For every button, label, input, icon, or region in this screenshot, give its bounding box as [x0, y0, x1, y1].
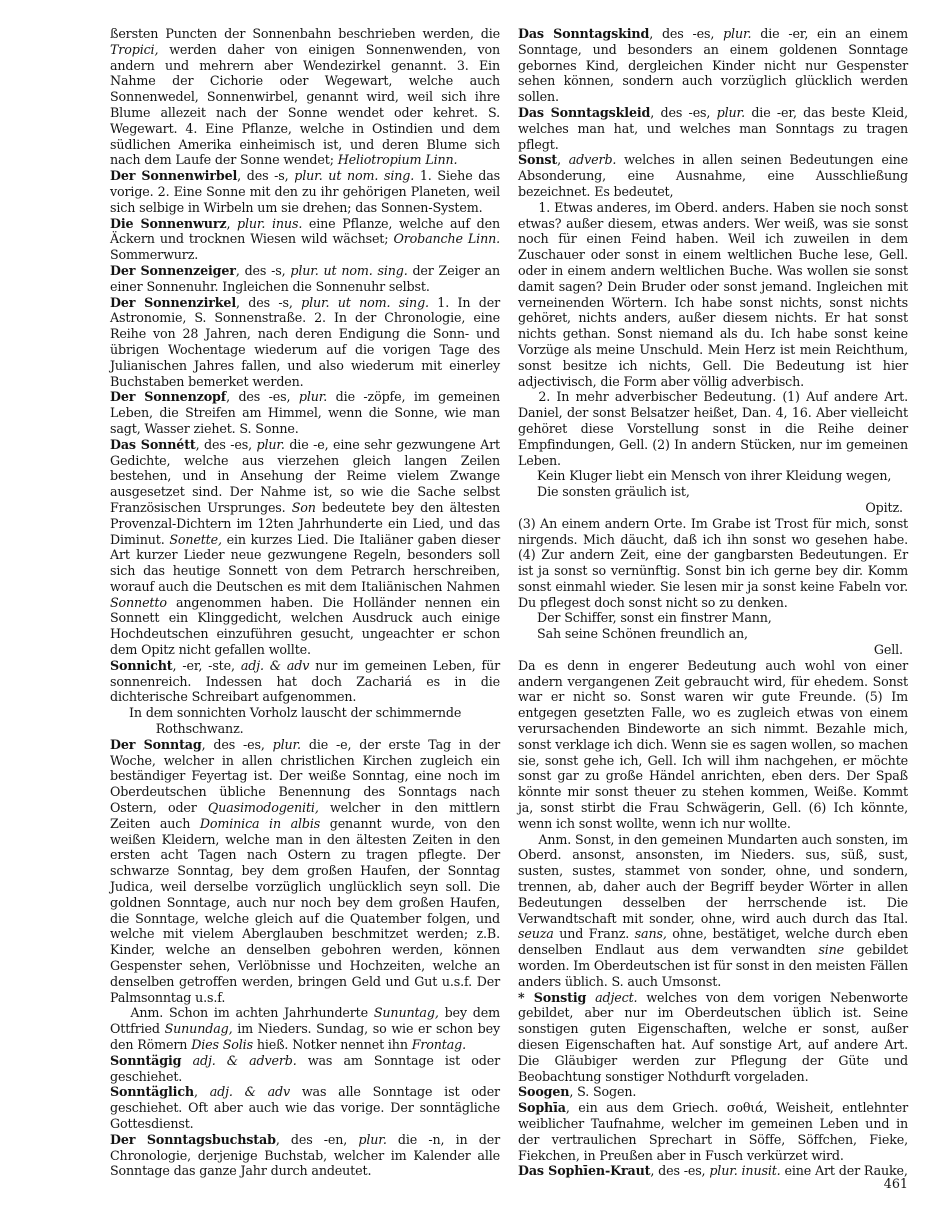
sonst-sense-2: 2. In mehr adverbischer Bedeutung. (1) A…	[518, 389, 908, 468]
text-run: Anm. Schon im achten Jahrhunderte	[130, 1005, 374, 1020]
text-run: adj. & adv	[241, 658, 310, 673]
text-run: , ein aus dem Griech. σοθιά, Weisheit, e…	[518, 1100, 908, 1162]
text-run: plur.	[723, 26, 751, 41]
headword: Soogen	[518, 1084, 569, 1099]
text-run: , S. Sogen.	[569, 1084, 636, 1099]
text-run: Dies Solis	[191, 1037, 253, 1052]
text-run: sine	[818, 942, 844, 957]
headword: Der Sonnenzopf	[110, 389, 226, 404]
entry-sonntaeglich: Sonntäglich, adj. & adv was alle Sonntag…	[110, 1084, 500, 1131]
text-run: In dem sonnichten Vorholz lauscht der sc…	[129, 705, 461, 720]
verse-line: Die sonsten gräulich ist,	[537, 484, 908, 500]
verse-line: Der Schiffer, sonst ein finstrer Mann,	[537, 610, 908, 626]
text-run: ,	[226, 216, 237, 231]
text-run: Sonnetto	[110, 595, 167, 610]
headword: * Sonstig	[518, 990, 586, 1005]
verse-line: In dem sonnichten Vorholz lauscht der sc…	[129, 705, 500, 721]
text-run	[181, 1053, 192, 1068]
text-run: ,	[557, 152, 569, 167]
headword: Der Sonnenzeiger	[110, 263, 236, 278]
text-run: ßersten Puncten der Sonnenbahn beschrieb…	[110, 26, 500, 41]
text-run: Kein Kluger liebt ein Mensch von ihrer K…	[537, 468, 891, 483]
headword: Sonnicht	[110, 658, 173, 673]
text-run: Sonette,	[169, 532, 222, 547]
entry-sonntagskind: Das Sonntagskind, des -es, plur. die -er…	[518, 26, 908, 105]
text-run: Sununtag,	[374, 1005, 439, 1020]
text-run: , des -es,	[226, 389, 299, 404]
column-left: ßersten Puncten der Sonnenbahn beschrieb…	[110, 26, 500, 1179]
text-run: 2. In mehr adverbischer Bedeutung. (1) A…	[518, 389, 908, 467]
anmerkung-sonntag: Anm. Schon im achten Jahrhunderte Sununt…	[110, 1005, 500, 1052]
text-run: adject.	[595, 990, 637, 1005]
headword: Das Sonntagskind	[518, 26, 649, 41]
headword: Der Sonntag	[110, 737, 202, 752]
entry-sonst: Sonst, adverb. welches in allen seinen B…	[518, 152, 908, 199]
headword: Das Sonnétt	[110, 437, 196, 452]
headword: Die Sonnenwurz	[110, 216, 226, 231]
text-run: , des -es,	[649, 26, 723, 41]
entry-soogen: Soogen, S. Sogen.	[518, 1084, 908, 1100]
entry-sonntagskleid: Das Sonntagskleid, des -es, plur. die -e…	[518, 105, 908, 152]
text-run: Orobanche Linn.	[393, 231, 500, 246]
text-run: sans,	[635, 926, 667, 941]
text-run: plur. ut nom. sing.	[294, 168, 414, 183]
text-run: , des -s,	[236, 295, 301, 310]
verse-line: Sah seine Schönen freundlich an,	[537, 626, 908, 642]
text-run: plur.	[717, 105, 745, 120]
text-run: Quasimodogeniti,	[208, 800, 319, 815]
attribution-gell: Gell.	[518, 642, 908, 658]
text-run: Sunundag,	[165, 1021, 233, 1036]
text-run: Anm. Sonst, in den gemeinen Mundarten au…	[518, 832, 908, 926]
text-run: (3) An einem andern Orte. Im Grabe ist T…	[518, 516, 908, 610]
text-columns: ßersten Puncten der Sonnenbahn beschrieb…	[110, 26, 908, 1179]
continuation-sonnenwende: ßersten Puncten der Sonnenbahn beschrieb…	[110, 26, 500, 168]
text-run: seuza	[518, 926, 554, 941]
text-run: adverb.	[569, 152, 617, 167]
text-run: Son	[292, 500, 316, 515]
text-run: plur.	[273, 737, 301, 752]
text-run: plur.	[257, 437, 285, 452]
text-run: Rothschwanz.	[156, 721, 244, 736]
entry-sonnicht: Sonnicht, -er, -ste, adj. & adv nur im g…	[110, 658, 500, 705]
text-run: Heliotropium Linn.	[338, 152, 458, 167]
headword: Sonntägig	[110, 1053, 181, 1068]
entry-sonnenwirbel: Der Sonnenwirbel, des -s, plur. ut nom. …	[110, 168, 500, 215]
entry-sonnett: Das Sonnétt, des -es, plur. die -e, eine…	[110, 437, 500, 658]
text-run: Der Schiffer, sonst ein finstrer Mann,	[537, 610, 772, 625]
text-run	[586, 990, 595, 1005]
text-run: adj. & adverb.	[193, 1053, 297, 1068]
text-run: Da es denn in engerer Bedeutung auch woh…	[518, 658, 908, 831]
headword: Sonntäglich	[110, 1084, 194, 1099]
headword: Sonst	[518, 152, 557, 167]
entry-sonntaegig: Sonntägig adj. & adverb. was am Sonntage…	[110, 1053, 500, 1085]
text-run: ,	[194, 1084, 210, 1099]
sonst-sense-1: 1. Etwas anderes, im Oberd. anders. Habe…	[518, 200, 908, 390]
text-run: Die sonsten gräulich ist,	[537, 484, 690, 499]
anmerkung-sonst: Anm. Sonst, in den gemeinen Mundarten au…	[518, 832, 908, 990]
text-run: Frontag.	[412, 1037, 466, 1052]
sonst-sense-3-4: (3) An einem andern Orte. Im Grabe ist T…	[518, 516, 908, 611]
text-run: Opitz.	[865, 500, 903, 515]
verse-line: Kein Kluger liebt ein Mensch von ihrer K…	[537, 468, 908, 484]
column-right: Das Sonntagskind, des -es, plur. die -er…	[518, 26, 908, 1179]
entry-sonstig: * Sonstig adject. welches von dem vorige…	[518, 990, 908, 1085]
page-number: 461	[110, 1176, 908, 1192]
text-run: , des -en,	[276, 1132, 359, 1147]
entry-sonnenwurz: Die Sonnenwurz, plur. inus. eine Pflanze…	[110, 216, 500, 263]
text-run: , des -es,	[202, 737, 273, 752]
text-run: plur.	[358, 1132, 386, 1147]
text-run: und Franz.	[554, 926, 635, 941]
headword: Der Sonnenzirkel	[110, 295, 236, 310]
headword: Das Sonntagskleid	[518, 105, 650, 120]
text-run: plur. inus.	[237, 216, 302, 231]
text-run: , des -es,	[650, 105, 716, 120]
text-run: Sah seine Schönen freundlich an,	[537, 626, 748, 641]
text-run: plur. ut nom. sing.	[290, 263, 407, 278]
headword: Der Sonntagsbuchstab	[110, 1132, 276, 1147]
text-run: , des -s,	[236, 263, 291, 278]
text-run: , -er, -ste,	[173, 658, 241, 673]
dictionary-page: ßersten Puncten der Sonnenbahn beschrieb…	[0, 0, 935, 1210]
text-run: 1. Etwas anderes, im Oberd. anders. Habe…	[518, 200, 908, 389]
text-run: Tropici,	[110, 42, 158, 57]
text-run: Dominica in albis	[200, 816, 320, 831]
entry-sonntag: Der Sonntag, des -es, plur. die -e, der …	[110, 737, 500, 1006]
attribution-opitz: Opitz.	[518, 500, 908, 516]
entry-sonnenzirkel: Der Sonnenzirkel, des -s, plur. ut nom. …	[110, 295, 500, 390]
text-run: hieß. Notker nennet ihn	[253, 1037, 412, 1052]
entry-sonnenzeiger: Der Sonnenzeiger, des -s, plur. ut nom. …	[110, 263, 500, 295]
text-run: , des -es,	[196, 437, 257, 452]
text-run: werden daher von einigen Sonnenwenden, v…	[110, 42, 500, 168]
text-run: genannt wurde, von den weißen Kleidern, …	[110, 816, 500, 1005]
verse-line: Rothschwanz.	[156, 721, 500, 737]
entry-sophia: Sophīa, ein aus dem Griech. σοθιά, Weish…	[518, 1100, 908, 1163]
text-run: Gell.	[874, 642, 903, 657]
text-run: adj. & adv	[210, 1084, 290, 1099]
entry-sonntagsbuchstab: Der Sonntagsbuchstab, des -en, plur. die…	[110, 1132, 500, 1179]
text-run: Sommerwurz.	[110, 247, 198, 262]
text-run: plur. ut nom. sing.	[301, 295, 429, 310]
text-run: plur.	[299, 389, 327, 404]
entry-sonnenzopf: Der Sonnenzopf, des -es, plur. die -zöpf…	[110, 389, 500, 436]
headword: Sophīa	[518, 1100, 566, 1115]
text-run: angenommen haben. Die Holländer nennen e…	[110, 595, 500, 657]
sonst-sense-5-6: Da es denn in engerer Bedeutung auch woh…	[518, 658, 908, 832]
headword: Der Sonnenwirbel	[110, 168, 237, 183]
text-run: , des -s,	[237, 168, 294, 183]
